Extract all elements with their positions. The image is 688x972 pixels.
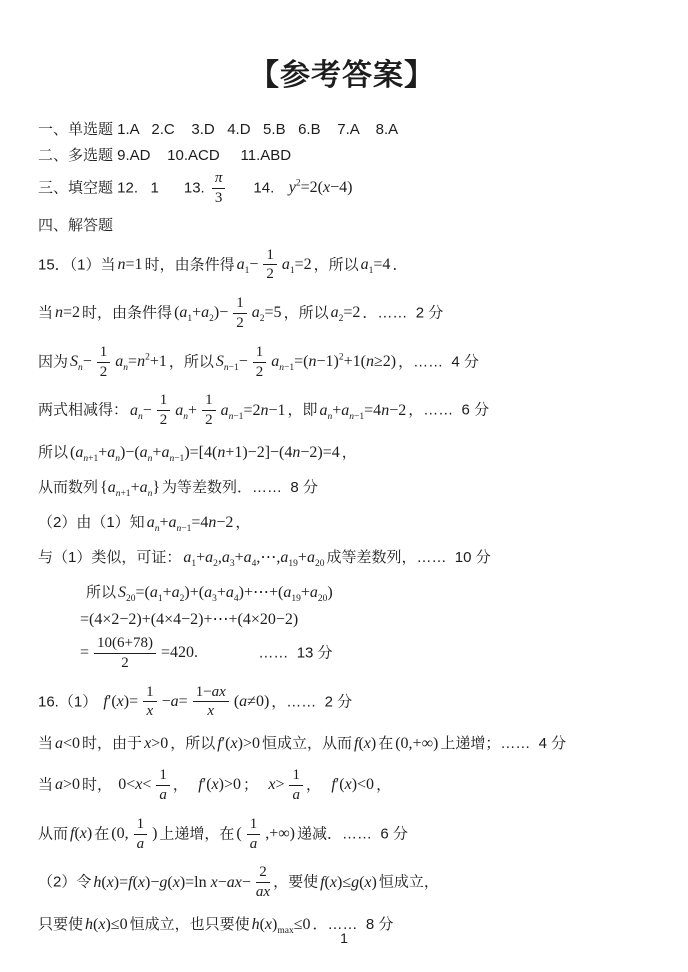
line-p15-s20-terms: =(4×2−2)+(4×4−2)+⋯+(4×20−2) xyxy=(38,608,646,631)
line-section-free-response: 四、解答题 xyxy=(38,214,646,237)
line-p15-part2-analogy: 与（1）类似，可证：a1+a2,a3+a4,⋯,a19+a20成等差数列，…… … xyxy=(38,546,646,569)
line-p15-part1-n-equals-2: 当n=2时，由条件得(a1+a2)−12a2=5，所以a2=2．…… 2 分 xyxy=(38,295,646,332)
answer-key-page: 【参考答案】 一、单选题 1.A 2.C 3.D 4.D 5.B 6.B 7.A… xyxy=(0,0,688,972)
line-multi-choice-answers: 二、多选题 9.AD 10.ACD 11.ABD xyxy=(38,144,646,167)
line-p15-part2-known: （2）由（1）知an+an−1=4n−2， xyxy=(38,511,646,534)
line-single-choice-answers: 一、单选题 1.A 2.C 3.D 4.D 5.B 6.B 7.A 8.A xyxy=(38,118,646,141)
line-p15-difference: 所以(an+1+an)−(an+an−1)=[4(n+1)−2]−(4n−2)=… xyxy=(38,441,646,464)
line-p16-part2-define-h: （2）令h(x)=f(x)−g(x)=ln x−ax−2ax，要使f(x)≤g(… xyxy=(38,864,646,901)
line-p16-monotonicity: 从而f(x)在(0,1a)上递增，在(1a,+∞)递减．…… 6 分 xyxy=(38,816,646,853)
line-p16-a-negative-case: 当a<0时，由于x>0，所以f′(x)>0恒成立，从而f(x)在(0,+∞)上递… xyxy=(38,732,646,755)
line-p15-subtract-equations: 两式相减得：an−12an+12an−1=2n−1，即an+an−1=4n−2，… xyxy=(38,392,646,429)
page-number: 1 xyxy=(0,930,688,946)
line-p16-part1-derivative: 16.（1） f′(x)=1x−a=1−axx(a≠0)，…… 2 分 xyxy=(38,684,646,721)
line-p16-a-positive-case: 当a>0时， 0<x<1a， f′(x)>0； x>1a， f′(x)<0， xyxy=(38,767,646,804)
line-p15-s20-expansion: 所以S20=(a1+a2)+(a3+a4)+⋯+(a19+a20) xyxy=(38,581,646,604)
page-title: 【参考答案】 xyxy=(38,50,646,94)
line-p15-arithmetic-conclusion: 从而数列{an+1+an}为等差数列．…… 8 分 xyxy=(38,476,646,499)
line-p15-part1-n-equals-1: 15．（1）当n=1时，由条件得a1−12a1=2，所以a1=4． xyxy=(38,247,646,284)
line-fill-in-blank-answers: 三、填空题 12. 1 13. π3 14. y2=2(x−4) xyxy=(38,170,646,207)
line-p15-s20-result: =10(6+78)2=420. …… 13 分 xyxy=(38,635,646,672)
line-p15-recurrence: 因为Sn−12an=n2+1，所以Sn−1−12an−1=(n−1)2+1(n≥… xyxy=(38,344,646,381)
